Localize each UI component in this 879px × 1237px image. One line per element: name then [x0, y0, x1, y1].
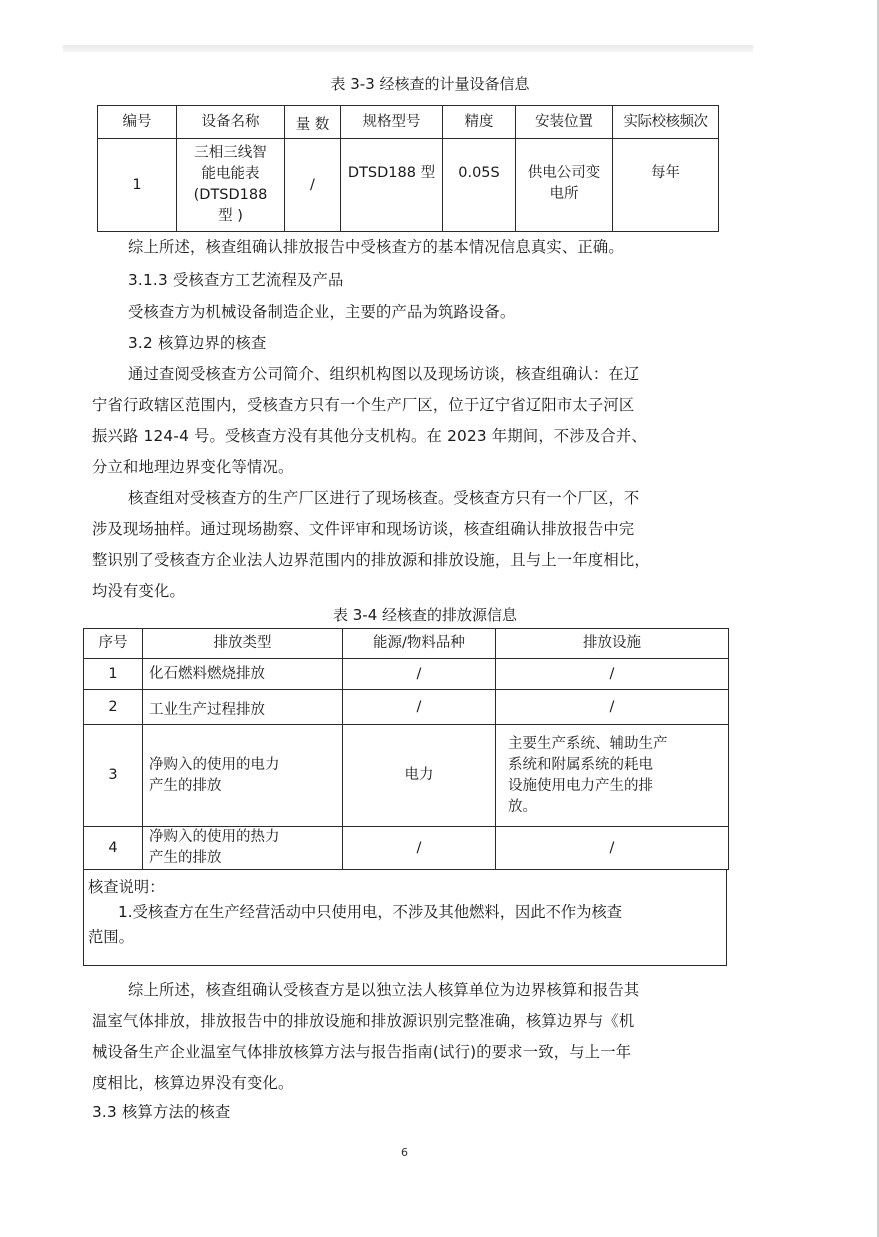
cell-energy: /: [343, 827, 496, 870]
text-line: 电所: [519, 184, 609, 205]
paragraph-conclusion-line: 温室气体排放，排放报告中的排放设施和排放源识别完整准确，核算边界与《机: [92, 1006, 634, 1036]
cell-quantity: /: [285, 139, 341, 232]
text-line: 放。: [508, 797, 725, 818]
note-line: 1.受核查方在生产经营活动中只使用电，不涉及其他燃料，因此不作为核查: [88, 900, 722, 925]
note-line: 范围。: [88, 925, 722, 950]
cell-location: 供电公司变 电所: [516, 139, 613, 232]
header-cell: 设备名称: [177, 106, 285, 139]
cell-facility: /: [496, 690, 729, 725]
cell-frequency: 每年: [613, 139, 719, 232]
cell-no: 1: [84, 659, 143, 690]
paragraph-site-check-line: 均没有变化。: [92, 576, 185, 606]
verification-note-box: 核查说明： 1.受核查方在生产经营活动中只使用电，不涉及其他燃料，因此不作为核查…: [83, 869, 727, 966]
header-cell: 编号: [98, 106, 177, 139]
cell-emission-type: 化石燃料燃烧排放: [143, 659, 343, 690]
paragraph-boundary-line: 振兴路 124-4 号。受核查方没有其他分支机构。在 2023 年期间，不涉及合…: [92, 421, 647, 451]
document-page: 表 3-3 经核查的计量设备信息 编号 设备名称 量 数 规格型号 精度 安装位…: [0, 0, 879, 1237]
table-row: 3 净购入的使用的电力 产生的排放 电力 主要生产系统、辅助生产 系统和附属系统…: [84, 725, 729, 827]
paragraph-site-check-line: 涉及现场抽样。通过现场勘察、文件评审和现场访谈，核查组确认排放报告中完: [92, 514, 634, 544]
paragraph-boundary-line: 分立和地理边界变化等情况。: [92, 452, 293, 482]
text-line: (DTSD188: [180, 185, 281, 206]
header-cell: 安装位置: [516, 106, 613, 139]
paragraph-conclusion-line: 械设备生产企业温室气体排放核算方法与报告指南(试行)的要求一致，与上一年: [92, 1037, 631, 1067]
page-top-divider: [63, 45, 753, 52]
paragraph-boundary-line: 宁省行政辖区范围内，受核查方只有一个生产厂区，位于辽宁省辽阳市太子河区: [92, 390, 634, 420]
paragraph-products: 受核查方为机械设备制造企业，主要的产品为筑路设备。: [128, 297, 515, 327]
section-heading-3-2: 3.2 核算边界的核查: [128, 328, 266, 358]
paragraph-boundary-line: 通过查阅受核查方公司简介、组织机构图以及现场访谈，核查组确认：在辽: [128, 359, 639, 389]
paragraph-conclusion-line: 综上所述，核查组确认受核查方是以独立法人核算单位为边界核算和报告其: [128, 975, 639, 1005]
header-cell: 精度: [443, 106, 516, 139]
page-number: 6: [401, 1146, 408, 1159]
text-line: 能电能表: [180, 164, 281, 185]
text-line: 系统和附属系统的耗电: [508, 755, 725, 776]
section-heading-3-1-3: 3.1.3 受核查方工艺流程及产品: [128, 265, 343, 295]
emission-sources-table: 序号 排放类型 能源/物料品种 排放设施 1 化石燃料燃烧排放 / / 2 工业…: [83, 628, 729, 870]
header-cell: 量 数: [285, 106, 341, 139]
cell-facility: /: [496, 827, 729, 870]
table-row: 1 化石燃料燃烧排放 / /: [84, 659, 729, 690]
text-line: 主要生产系统、辅助生产: [508, 734, 725, 755]
section-heading-3-3: 3.3 核算方法的核查: [92, 1097, 230, 1127]
table-header-row: 序号 排放类型 能源/物料品种 排放设施: [84, 629, 729, 659]
cell-model: DTSD188 型: [341, 139, 443, 232]
header-cell: 规格型号: [341, 106, 443, 139]
cell-emission-type: 工业生产过程排放: [143, 690, 343, 725]
text-line: 三相三线智: [180, 143, 281, 164]
header-cell: 排放类型: [143, 629, 343, 659]
paragraph-summary-basic-info: 综上所述，核查组确认排放报告中受核查方的基本情况信息真实、正确。: [128, 232, 624, 262]
table-row: 4 净购入的使用的热力 产生的排放 / /: [84, 827, 729, 870]
table-header-row: 编号 设备名称 量 数 规格型号 精度 安装位置 实际校核频次: [98, 106, 719, 139]
text-line: 净购入的使用的热力: [149, 827, 339, 848]
note-title: 核查说明：: [88, 875, 722, 900]
cell-precision: 0.05S: [443, 139, 516, 232]
paragraph-conclusion-line: 度相比，核算边界没有变化。: [92, 1068, 293, 1098]
cell-emission-type: 净购入的使用的热力 产生的排放: [143, 827, 343, 870]
cell-no: 2: [84, 690, 143, 725]
cell-energy: /: [343, 659, 496, 690]
header-cell: 序号: [84, 629, 143, 659]
table-3-4-caption: 表 3-4 经核查的排放源信息: [300, 605, 550, 625]
cell-id: 1: [98, 139, 177, 232]
table-row: 1 三相三线智 能电能表 (DTSD188 型 ) / DTSD188 型 0.…: [98, 139, 719, 232]
paragraph-site-check-line: 核查组对受核查方的生产厂区进行了现场核查。受核查方只有一个厂区，不: [128, 483, 639, 513]
text-line: 净购入的使用的电力: [149, 755, 339, 776]
cell-facility: /: [496, 659, 729, 690]
text-line: 产生的排放: [149, 776, 339, 797]
text-line: 设施使用电力产生的排: [508, 776, 725, 797]
text-line: 型 ): [180, 206, 281, 227]
metering-equipment-table: 编号 设备名称 量 数 规格型号 精度 安装位置 实际校核频次 1 三相三线智 …: [97, 105, 719, 232]
header-cell: 实际校核频次: [613, 106, 719, 139]
cell-energy: 电力: [343, 725, 496, 827]
cell-device-name: 三相三线智 能电能表 (DTSD188 型 ): [177, 139, 285, 232]
cell-facility: 主要生产系统、辅助生产 系统和附属系统的耗电 设施使用电力产生的排 放。: [496, 725, 729, 827]
table-3-3-caption: 表 3-3 经核查的计量设备信息: [300, 74, 560, 94]
header-cell: 排放设施: [496, 629, 729, 659]
cell-energy: /: [343, 690, 496, 725]
header-cell: 能源/物料品种: [343, 629, 496, 659]
text-line: 供电公司变: [519, 163, 609, 184]
cell-emission-type: 净购入的使用的电力 产生的排放: [143, 725, 343, 827]
cell-no: 4: [84, 827, 143, 870]
cell-no: 3: [84, 725, 143, 827]
text-line: 产生的排放: [149, 848, 339, 869]
table-row: 2 工业生产过程排放 / /: [84, 690, 729, 725]
paragraph-site-check-line: 整识别了受核查方企业法人边界范围内的排放源和排放设施，且与上一年度相比，: [92, 545, 650, 575]
